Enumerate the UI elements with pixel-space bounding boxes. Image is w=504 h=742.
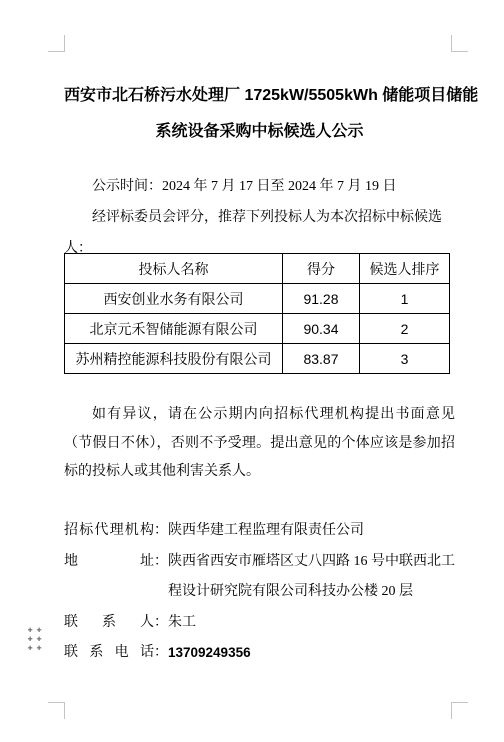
intro-block: 公示时间：2024 年 7 月 17 日至 2024 年 7 月 19 日 经评… — [64, 171, 455, 264]
contact-colon: ： — [154, 516, 168, 547]
crop-mark-bottom-left-icon — [48, 702, 65, 719]
contact-block: 招标代理机构：陕西华建工程监理有限责任公司 地址：陕西省西安市雁塔区丈八四路 1… — [64, 516, 455, 669]
publicity-period-line: 公示时间：2024 年 7 月 17 日至 2024 年 7 月 19 日 — [64, 171, 455, 202]
margin-dot-icon: ✚ — [27, 628, 33, 634]
score-cell: 90.34 — [283, 314, 360, 344]
table-header-row: 投标人名称 得分 候选人排序 — [65, 254, 450, 284]
contact-label: 招标代理机构 — [64, 516, 154, 547]
table-row: 西安创业水务有限公司 91.28 1 — [65, 284, 450, 314]
contact-row-address: 地址：陕西省西安市雁塔区丈八四路 16 号中联西北工程设计研究院有限公司科技办公… — [64, 547, 455, 608]
contact-label: 联系人 — [64, 608, 154, 639]
score-cell: 91.28 — [283, 284, 360, 314]
agency-address: 陕西省西安市雁塔区丈八四路 16 号中联西北工程设计研究院有限公司科技办公楼 2… — [168, 547, 455, 608]
header-candidate-rank: 候选人排序 — [360, 254, 450, 284]
margin-dot-icon: ✚ — [27, 637, 33, 643]
bidder-name-cell: 苏州精控能源科技股份有限公司 — [65, 344, 283, 374]
crop-mark-top-left-icon — [48, 35, 65, 52]
contact-phone: 13709249356 — [168, 638, 455, 669]
contact-row-agency: 招标代理机构：陕西华建工程监理有限责任公司 — [64, 516, 455, 547]
rank-cell: 1 — [360, 284, 450, 314]
title-line-2: 系统设备采购中标候选人公示 — [64, 114, 455, 150]
contact-colon: ： — [154, 638, 168, 669]
margin-dots-marker-icon: ✚ ✚ ✚ ✚ ✚ ✚ — [27, 628, 42, 652]
title-line-1: 西安市北石桥污水处理厂 1725kW/5505kWh 储能项目储能 — [64, 78, 455, 114]
document-page: ✚ ✚ ✚ ✚ ✚ ✚ 西安市北石桥污水处理厂 1725kW/5505kWh 储… — [0, 0, 504, 742]
margin-dot-icon: ✚ — [36, 628, 42, 634]
text-area: 西安市北石桥污水处理厂 1725kW/5505kWh 储能项目储能 系统设备采购… — [64, 0, 455, 742]
margin-dot-icon: ✚ — [27, 646, 33, 652]
rank-cell: 3 — [360, 344, 450, 374]
objection-paragraph: 如有异议，请在公示期内向招标代理机构提出书面意见（节假日不休），否则不予受理。提… — [64, 401, 455, 487]
header-bidder-name: 投标人名称 — [65, 254, 283, 284]
table-row: 北京元禾智储能源有限公司 90.34 2 — [65, 314, 450, 344]
margin-dot-icon: ✚ — [36, 646, 42, 652]
candidates-table: 投标人名称 得分 候选人排序 西安创业水务有限公司 91.28 1 北京元禾智储… — [64, 253, 450, 374]
header-score: 得分 — [283, 254, 360, 284]
table-row: 苏州精控能源科技股份有限公司 83.87 3 — [65, 344, 450, 374]
contact-row-person: 联系人：朱工 — [64, 608, 455, 639]
score-cell: 83.87 — [283, 344, 360, 374]
contact-colon: ： — [154, 608, 168, 639]
bidder-name-cell: 西安创业水务有限公司 — [65, 284, 283, 314]
contact-colon: ： — [154, 547, 168, 608]
contact-label: 联系电话 — [64, 638, 154, 669]
page-title: 西安市北石桥污水处理厂 1725kW/5505kWh 储能项目储能 系统设备采购… — [64, 78, 455, 150]
bidder-name-cell: 北京元禾智储能源有限公司 — [65, 314, 283, 344]
contact-row-phone: 联系电话：13709249356 — [64, 638, 455, 669]
contact-person: 朱工 — [168, 608, 455, 639]
margin-dot-icon: ✚ — [36, 637, 42, 643]
contact-label: 地址 — [64, 547, 154, 608]
rank-cell: 2 — [360, 314, 450, 344]
agency-name: 陕西华建工程监理有限责任公司 — [168, 516, 455, 547]
